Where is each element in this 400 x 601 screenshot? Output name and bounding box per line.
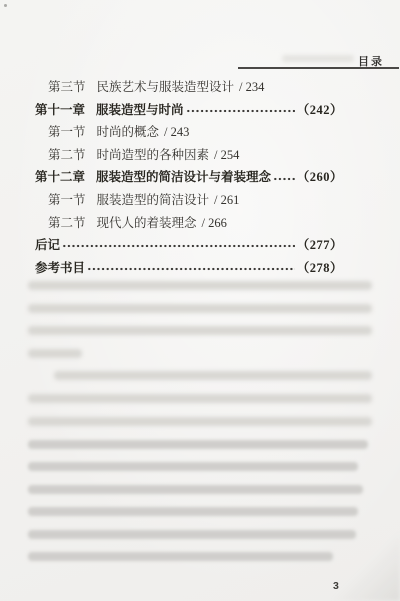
toc-entry-page-number: / 266	[202, 212, 227, 235]
toc-entry-chapter: 第十二章服装造型的简洁设计与着装理念（260）	[35, 166, 343, 189]
bleedthrough-text-line	[28, 440, 368, 449]
scanned-toc-page: 目录 第三节民族艺术与服装造型设计/ 234第十一章服装造型与时尚（242）第一…	[0, 0, 400, 601]
toc-entry-number: 第十二章	[35, 166, 85, 189]
toc-entry-section: 第二节时尚造型的各种因素/ 254	[35, 144, 343, 167]
toc-list: 第三节民族艺术与服装造型设计/ 234第十一章服装造型与时尚（242）第一节时尚…	[35, 76, 343, 279]
toc-entry-number: 第一节	[48, 121, 86, 144]
toc-entry-page-number: / 234	[239, 76, 264, 99]
toc-entry-number: 第十一章	[35, 99, 85, 122]
bleedthrough-text-line	[28, 326, 372, 335]
toc-entry-number: 后记	[35, 234, 60, 257]
toc-leader-dots	[87, 262, 295, 276]
toc-entry-number: 第二节	[48, 212, 86, 235]
bleedthrough-text-line	[54, 371, 372, 380]
toc-entry-title: 服装造型与时尚	[96, 99, 184, 122]
toc-entry-title: 现代人的着装理念	[97, 212, 197, 235]
toc-entry-chapter: 后记（277）	[35, 234, 343, 257]
bleedthrough-text-line	[28, 507, 358, 516]
toc-entry-chapter: 第十一章服装造型与时尚（242）	[35, 99, 343, 122]
bleedthrough-text-line	[28, 349, 82, 358]
toc-entry-section: 第一节时尚的概念/ 243	[35, 121, 343, 144]
bleedthrough-text-line	[28, 281, 372, 290]
page-corner-shadow	[330, 511, 400, 601]
page-header-title: 目录	[358, 53, 384, 69]
toc-entry-page-number: （277）	[297, 234, 343, 257]
toc-leader-dots	[62, 239, 295, 253]
toc-entry-chapter: 参考书目（278）	[35, 257, 343, 280]
bleedthrough-text-line	[28, 417, 372, 426]
page-number: 3	[333, 580, 339, 592]
bleedthrough-text-line	[28, 462, 358, 471]
bleedthrough-text-line	[28, 304, 372, 313]
toc-entry-title: 时尚的概念	[97, 121, 160, 144]
toc-entry-page-number: （242）	[297, 99, 343, 122]
bleedthrough-text-line	[282, 55, 354, 62]
toc-entry-page-number: / 243	[164, 121, 189, 144]
toc-entry-page-number: （260）	[297, 166, 343, 189]
toc-entry-number: 第三节	[48, 76, 86, 99]
scan-speck-artifact	[4, 4, 7, 7]
toc-entry-page-number: / 261	[214, 189, 239, 212]
toc-entry-title: 服装造型的简洁设计与着装理念	[96, 166, 271, 189]
toc-entry-page-number: （278）	[297, 257, 343, 280]
bleedthrough-text-line	[28, 394, 372, 403]
toc-entry-title: 服装造型的简洁设计	[97, 189, 210, 212]
bleedthrough-text-line	[28, 485, 363, 494]
bleedthrough-text-line	[28, 530, 356, 539]
toc-entry-section: 第三节民族艺术与服装造型设计/ 234	[35, 76, 343, 99]
toc-entry-number: 第一节	[48, 189, 86, 212]
toc-entry-title: 民族艺术与服装造型设计	[97, 76, 235, 99]
bleedthrough-text-line	[28, 552, 333, 561]
toc-leader-dots	[273, 172, 295, 186]
toc-leader-dots	[186, 104, 295, 118]
toc-entry-section: 第二节现代人的着装理念/ 266	[35, 212, 343, 235]
toc-entry-number: 参考书目	[35, 257, 85, 280]
toc-entry-section: 第一节服装造型的简洁设计/ 261	[35, 189, 343, 212]
toc-entry-number: 第二节	[48, 144, 86, 167]
toc-entry-title: 时尚造型的各种因素	[97, 144, 210, 167]
toc-entry-page-number: / 254	[214, 144, 239, 167]
